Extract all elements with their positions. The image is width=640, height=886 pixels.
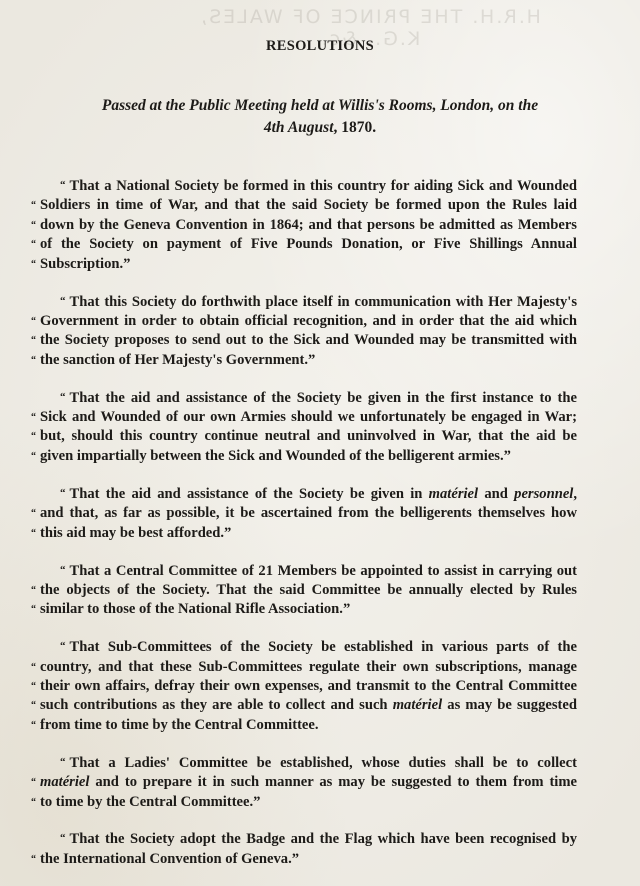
continuation-quote-mark: “: [31, 427, 36, 446]
document-subtitle: Passed at the Public Meeting held at Wil…: [40, 95, 600, 139]
continuation-quote-mark: “: [31, 235, 36, 254]
resolution-line: “the sanction of Her Majesty's Governmen…: [40, 351, 577, 370]
opening-quote: “: [60, 564, 66, 576]
resolution-line: ““That a Ladies' Committee be establishe…: [40, 753, 577, 773]
resolution-line: “and that, as far as possible, it be asc…: [40, 504, 577, 523]
resolution-line: ““That the Society adopt the Badge and t…: [40, 829, 577, 849]
opening-quote: “: [60, 487, 66, 499]
italic-term: personnel: [514, 486, 573, 502]
continuation-quote-mark: “: [31, 696, 36, 715]
continuation-quote-mark: “: [31, 255, 36, 274]
resolution-line: “Sick and Wounded of our own Armies shou…: [40, 408, 577, 427]
opening-quote: “: [60, 391, 66, 403]
italic-term: matériel: [393, 697, 442, 713]
continuation-quote-mark: “: [31, 581, 36, 600]
continuation-quote-mark: “: [31, 447, 36, 466]
continuation-quote-mark: “: [31, 351, 36, 370]
continuation-quote-mark: “: [31, 331, 36, 350]
resolution-line: “this aid may be best afforded.”: [40, 524, 577, 543]
resolution-1: ““That a National Society be formed in t…: [40, 176, 577, 274]
opening-quote: “: [60, 179, 66, 191]
italic-term: matériel: [429, 486, 478, 502]
continuation-quote-mark: “: [31, 716, 36, 735]
resolution-6: ““That Sub-Committees of the Society be …: [40, 637, 577, 735]
document-title: RESOLUTIONS: [0, 38, 640, 55]
continuation-quote-mark: “: [31, 196, 36, 215]
opening-quote: “: [60, 832, 66, 844]
resolution-line: “of the Society on payment of Five Pound…: [40, 235, 577, 254]
resolution-line: “from time to time by the Central Commit…: [40, 716, 577, 735]
continuation-quote-mark: “: [31, 408, 36, 427]
continuation-quote-mark: “: [31, 504, 36, 523]
continuation-quote-mark: “: [31, 216, 36, 235]
resolution-line: ““That the aid and assistance of the Soc…: [40, 484, 577, 504]
resolution-line: “their own affairs, defray their own exp…: [40, 677, 577, 696]
resolution-line: “country, and that these Sub-Committees …: [40, 658, 577, 677]
resolution-8: ““That the Society adopt the Badge and t…: [40, 829, 577, 869]
resolution-5: ““That a Central Committee of 21 Members…: [40, 561, 577, 620]
continuation-quote-mark: “: [31, 600, 36, 619]
resolution-line: “but, should this country continue neutr…: [40, 427, 577, 446]
resolution-line: “Subscription.”: [40, 255, 577, 274]
subtitle-line-2: 4th August, 1870.: [40, 117, 600, 139]
resolution-line: “Government in order to obtain official …: [40, 312, 577, 331]
continuation-quote-mark: “: [31, 658, 36, 677]
resolution-line: “the Society proposes to send out to the…: [40, 331, 577, 350]
resolution-line: “Soldiers in time of War, and that the s…: [40, 196, 577, 215]
resolution-line: “the objects of the Society. That the sa…: [40, 581, 577, 600]
resolution-line: “similar to those of the National Rifle …: [40, 600, 577, 619]
resolution-line: “matériel and to prepare it in such mann…: [40, 773, 577, 792]
resolutions-list: ““That a National Society be formed in t…: [40, 176, 577, 886]
continuation-quote-mark: “: [31, 793, 36, 812]
resolution-line: ““That this Society do forthwith place i…: [40, 292, 577, 312]
continuation-quote-mark: “: [31, 773, 36, 792]
resolution-line: “to time by the Central Committee.”: [40, 793, 577, 812]
resolution-line: “such contributions as they are able to …: [40, 696, 577, 715]
resolution-line: ““That a Central Committee of 21 Members…: [40, 561, 577, 581]
opening-quote: “: [60, 640, 66, 652]
resolution-line: “down by the Geneva Convention in 1864; …: [40, 216, 577, 235]
continuation-quote-mark: “: [31, 677, 36, 696]
resolution-line: “given impartially between the Sick and …: [40, 447, 577, 466]
resolution-line: ““That the aid and assistance of the Soc…: [40, 388, 577, 408]
continuation-quote-mark: “: [31, 850, 36, 869]
opening-quote: “: [60, 295, 66, 307]
resolution-3: ““That the aid and assistance of the Soc…: [40, 388, 577, 467]
subtitle-line-1: Passed at the Public Meeting held at Wil…: [40, 95, 600, 117]
resolution-line: “the International Convention of Geneva.…: [40, 850, 577, 869]
resolution-7: ““That a Ladies' Committee be establishe…: [40, 753, 577, 812]
italic-term: matériel: [40, 774, 89, 790]
continuation-quote-mark: “: [31, 312, 36, 331]
resolution-line: ““That Sub-Committees of the Society be …: [40, 637, 577, 657]
continuation-quote-mark: “: [31, 524, 36, 543]
resolution-line: ““That a National Society be formed in t…: [40, 176, 577, 196]
opening-quote: “: [60, 756, 66, 768]
resolution-4: ““That the aid and assistance of the Soc…: [40, 484, 577, 543]
resolution-2: ““That this Society do forthwith place i…: [40, 292, 577, 371]
